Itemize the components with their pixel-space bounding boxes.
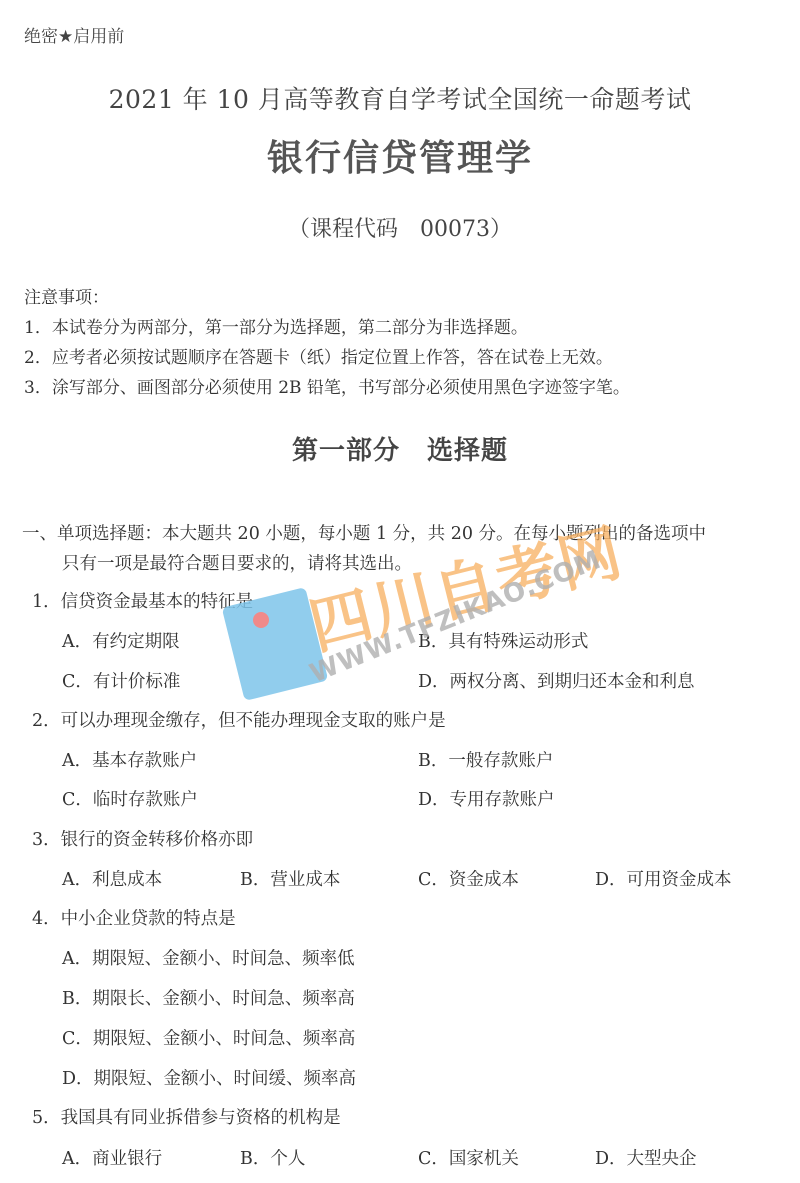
option: A．期限短、金额小、时间急、频率低 xyxy=(62,945,355,970)
watermark-logo-dot-icon xyxy=(253,612,269,628)
option: D．大型央企 xyxy=(595,1145,697,1170)
option: C．资金成本 xyxy=(418,866,519,891)
notice-item: 3．涂写部分、画图部分必须使用 2B 铅笔，书写部分必须使用黑色字迹签字笔。 xyxy=(24,373,630,398)
option: D．专用存款账户 xyxy=(418,786,555,811)
option: A．基本存款账户 xyxy=(62,747,197,772)
option: D．可用资金成本 xyxy=(595,866,732,891)
question-stem: 3．银行的资金转移价格亦即 xyxy=(32,826,253,851)
option: B．营业成本 xyxy=(240,866,340,891)
question-stem: 5．我国具有同业拆借参与资格的机构是 xyxy=(32,1104,341,1129)
course-code: （课程代码 00073） xyxy=(0,212,800,243)
part-one-title: 第一部分 选择题 xyxy=(0,430,800,467)
question-stem: 1．信贷资金最基本的特征是 xyxy=(32,588,253,613)
exam-title: 2021 年 10 月高等教育自学考试全国统一命题考试 xyxy=(0,80,800,116)
option: B．具有特殊运动形式 xyxy=(418,628,588,653)
notice-item: 1．本试卷分为两部分，第一部分为选择题，第二部分为非选择题。 xyxy=(24,313,528,338)
option: D．期限短、金额小、时间缓、频率高 xyxy=(62,1065,356,1090)
question-stem: 4．中小企业贷款的特点是 xyxy=(32,905,236,930)
option: C．期限短、金额小、时间急、频率高 xyxy=(62,1025,355,1050)
option: A．商业银行 xyxy=(62,1145,162,1170)
confidential-label: 绝密★启用前 xyxy=(24,22,124,47)
option: D．两权分离、到期归还本金和利息 xyxy=(418,668,695,693)
option: B．一般存款账户 xyxy=(418,747,553,772)
notice-item: 2．应考者必须按试题顺序在答题卡（纸）指定位置上作答，答在试卷上无效。 xyxy=(24,343,613,368)
option: A．利息成本 xyxy=(62,866,162,891)
notice-heading: 注意事项： xyxy=(24,283,109,308)
option: C．临时存款账户 xyxy=(62,786,198,811)
option: A．有约定期限 xyxy=(62,628,180,653)
option: C．国家机关 xyxy=(418,1145,519,1170)
section-heading-cont: 只有一项是最符合题目要求的，请将其选出。 xyxy=(62,550,412,575)
option: B．个人 xyxy=(240,1145,305,1170)
section-heading: 一、单项选择题：本大题共 20 小题，每小题 1 分，共 20 分。在每小题列出… xyxy=(22,520,706,545)
option: B．期限长、金额小、时间急、频率高 xyxy=(62,985,355,1010)
subject-title: 银行信贷管理学 xyxy=(0,130,800,181)
question-stem: 2．可以办理现金缴存，但不能办理现金支取的账户是 xyxy=(32,707,446,732)
option: C．有计价标准 xyxy=(62,668,180,693)
